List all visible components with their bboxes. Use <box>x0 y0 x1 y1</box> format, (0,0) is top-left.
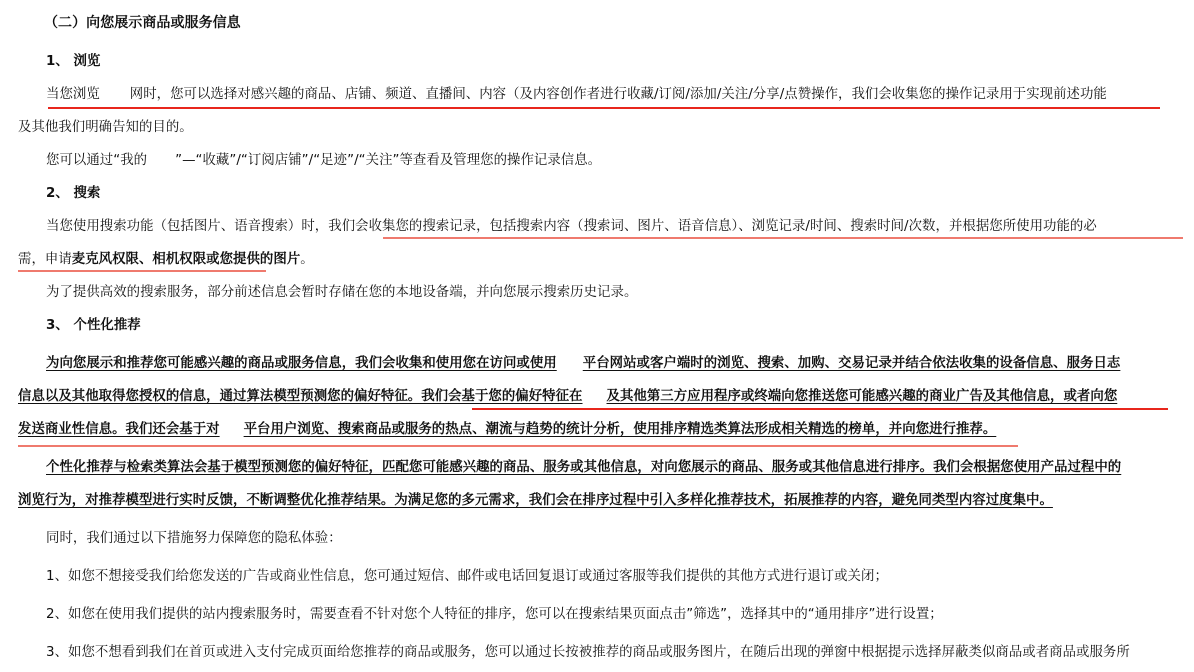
rec-text-b: 平台网站或客户端时的浏览、搜索、加购、交易记录并结合依法收集的设备信息、服务日志 <box>583 356 1121 371</box>
search-storage-paragraph: 为了提供高效的搜索服务，部分前述信息会暂时存储在您的本地设备端，并向您展示搜索历… <box>46 284 637 302</box>
privacy-measure-item-3: 3、如您不想看到我们在首页或进入支付完成页面给您推荐的商品或服务，您可以通过长按… <box>46 644 1130 662</box>
rec-text-f: 平台用户浏览、搜索商品或服务的热点、潮流与趋势的统计分析，使用排序精选类算法形成… <box>244 422 997 437</box>
algorithm-paragraph-line-1: 个性化推荐与检索类算法会基于模型预测您的偏好特征，匹配您可能感兴趣的商品、服务或… <box>46 459 1121 477</box>
browse-text-start: 当您浏览 <box>46 87 100 102</box>
privacy-measure-item-2: 2、如您在使用我们提供的站内搜索服务时，需要查看不针对您个人特征的排序，您可以在… <box>46 606 943 624</box>
manage-text-start: 您可以通过“我的 <box>46 153 147 168</box>
subsection-heading-browse: 1、 浏览 <box>46 53 100 71</box>
section-title: （二）向您展示商品或服务信息 <box>44 14 241 32</box>
browse-text-rest: 网时，您可以选择对感兴趣的商品、店铺、频道、直播间、内容（及内容创作者进行收藏/… <box>130 87 1107 102</box>
browse-paragraph-line-2: 及其他我们明确告知的目的。 <box>18 119 193 137</box>
search-permissions-text: 麦克风权限、相机权限或您提供的图片 <box>72 252 301 267</box>
recommendation-paragraph-line-3: 发送商业性信息。我们还会基于对平台用户浏览、搜索商品或服务的热点、潮流与趋势的统… <box>18 421 996 439</box>
annotation-underline <box>18 445 1018 447</box>
search-text-end: 。 <box>300 252 313 267</box>
rec-text-c: 信息以及其他取得您授权的信息，通过算法模型预测您的偏好特征。我们会基于您的偏好特… <box>18 389 583 404</box>
subsection-heading-search: 2、 搜索 <box>46 185 100 203</box>
subsection-heading-recommendation: 3、 个性化推荐 <box>46 317 141 335</box>
privacy-measures-intro: 同时，我们通过以下措施努力保障您的隐私体验： <box>46 530 342 548</box>
browse-manage-paragraph: 您可以通过“我的”—“收藏”/“订阅店铺”/“足迹”/“关注”等查看及管理您的操… <box>46 152 601 170</box>
rec-text-d: 及其他第三方应用程序或终端向您推送您可能感兴趣的商业广告及其他信息，或者向您 <box>607 389 1118 404</box>
annotation-underline <box>472 408 1168 410</box>
privacy-measure-item-1: 1、如您不想接受我们给您发送的广告或商业性信息，您可通过短信、邮件或电话回复退订… <box>46 568 888 586</box>
search-text-start: 需，申请 <box>18 252 72 267</box>
recommendation-paragraph-line-2: 信息以及其他取得您授权的信息，通过算法模型预测您的偏好特征。我们会基于您的偏好特… <box>18 388 1117 406</box>
rec-text-a: 为向您展示和推荐您可能感兴趣的商品或服务信息，我们会收集和使用您在访问或使用 <box>46 356 557 371</box>
recommendation-paragraph-line-1: 为向您展示和推荐您可能感兴趣的商品或服务信息，我们会收集和使用您在访问或使用平台… <box>46 355 1120 373</box>
annotation-underline <box>383 237 1183 239</box>
annotation-underline <box>48 107 1160 109</box>
annotation-underline <box>18 270 266 272</box>
manage-text-rest: ”—“收藏”/“订阅店铺”/“足迹”/“关注”等查看及管理您的操作记录信息。 <box>175 153 601 168</box>
algorithm-paragraph-line-2: 浏览行为，对推荐模型进行实时反馈，不断调整优化推荐结果。为满足您的多元需求，我们… <box>18 492 1053 510</box>
browse-paragraph-line-1: 当您浏览网时，您可以选择对感兴趣的商品、店铺、频道、直播间、内容（及内容创作者进… <box>46 86 1107 104</box>
search-paragraph-line-1: 当您使用搜索功能（包括图片、语音搜索）时，我们会收集您的搜索记录，包括搜索内容（… <box>46 218 1097 236</box>
rec-text-e: 发送商业性信息。我们还会基于对 <box>18 422 220 437</box>
search-paragraph-line-2: 需，申请麦克风权限、相机权限或您提供的图片。 <box>18 251 314 269</box>
